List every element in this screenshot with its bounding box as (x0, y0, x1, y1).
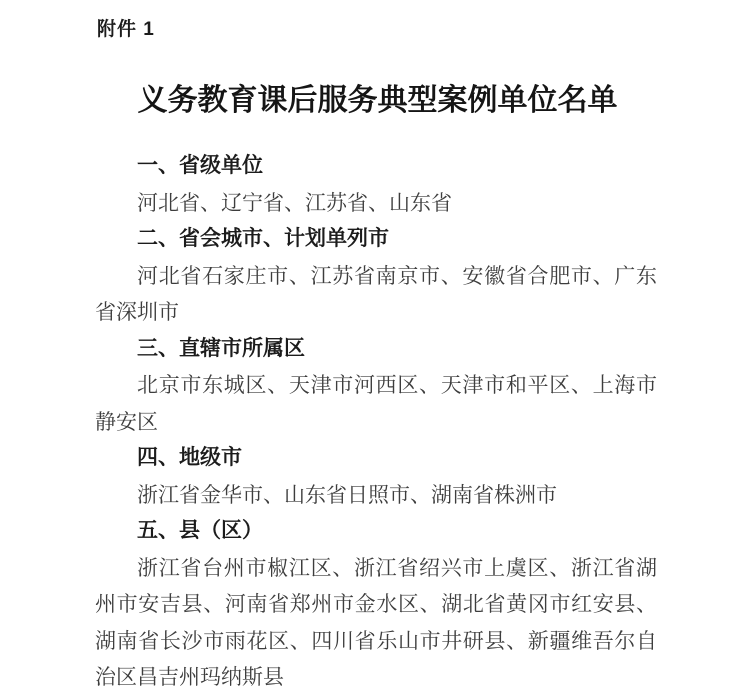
section-heading: 四、地级市 (95, 440, 657, 477)
document-body: 一、省级单位河北省、辽宁省、江苏省、山东省二、省会城市、计划单列市河北省石家庄市… (95, 148, 657, 696)
section-body: 北京市东城区、天津市河西区、天津市和平区、上海市静安区 (95, 367, 657, 440)
section-body: 河北省、辽宁省、江苏省、山东省 (95, 185, 657, 222)
attachment-label: 附件 1 (97, 17, 155, 43)
section-body: 浙江省金华市、山东省日照市、湖南省株洲市 (95, 477, 657, 514)
document-title: 义务教育课后服务典型案例单位名单 (0, 82, 755, 120)
section-heading: 五、县（区） (95, 513, 657, 550)
section-body: 河北省石家庄市、江苏省南京市、安徽省合肥市、广东省深圳市 (95, 258, 657, 331)
section-heading: 三、直辖市所属区 (95, 331, 657, 368)
section-heading: 一、省级单位 (95, 148, 657, 185)
section-heading: 二、省会城市、计划单列市 (95, 221, 657, 258)
document-page: 附件 1 义务教育课后服务典型案例单位名单 一、省级单位河北省、辽宁省、江苏省、… (0, 0, 755, 698)
section-body: 浙江省台州市椒江区、浙江省绍兴市上虞区、浙江省湖州市安吉县、河南省郑州市金水区、… (95, 550, 657, 696)
